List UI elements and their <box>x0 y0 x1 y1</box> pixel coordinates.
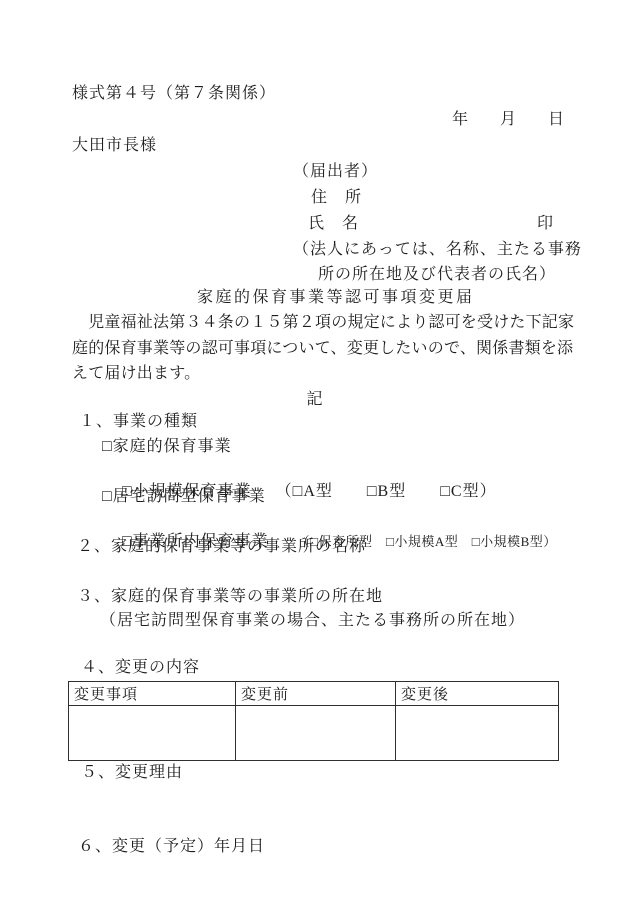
section-1-heading: １、事業の種類 <box>79 412 198 432</box>
addressee: 大田市長様 <box>72 136 157 156</box>
change-table-row <box>69 706 559 761</box>
date-line: 年 月 日 <box>452 110 564 130</box>
section-3-note: （居宅訪問型保育事業の場合、主たる事務所の所在地） <box>100 611 525 631</box>
declarant-seal-label: 印 <box>537 214 554 234</box>
section-5-heading: ５、変更理由 <box>81 763 183 783</box>
checkbox-option-home-visit: □居宅訪問型保育事業 <box>102 487 266 507</box>
document-title: 家庭的保育事業等認可事項変更届 <box>197 288 475 308</box>
document-page: 様式第４号（第７条関係） 年 月 日 大田市長様 （届出者） 住 所 氏 名 印… <box>0 0 630 915</box>
form-number: 様式第４号（第７条関係） <box>72 84 276 104</box>
corporate-note-line-2: 所の所在地及び代表者の氏名） <box>318 265 556 285</box>
change-table-header-after: 変更後 <box>396 682 559 706</box>
body-line-2: 庭的保育事業等の認可事項について、変更したいので、関係書類を添 <box>72 339 573 359</box>
change-table: 変更事項 変更前 変更後 <box>68 681 559 761</box>
change-table-cell-item <box>69 706 236 761</box>
record-marker: 記 <box>0 390 630 410</box>
section-6-heading: ６、変更（予定）年月日 <box>78 837 265 857</box>
body-line-1: 児童福祉法第３４条の１５第２項の規定により認可を受けた下記家 <box>72 313 574 333</box>
declarant-address-label: 住 所 <box>311 188 362 208</box>
corporate-note-line-1: （法人にあっては、名称、主たる事務 <box>293 240 582 260</box>
change-table-header-row: 変更事項 変更前 変更後 <box>69 682 559 706</box>
body-line-3: えて届け出ます。 <box>72 364 200 384</box>
change-table-cell-before <box>236 706 396 761</box>
checkbox-option-small-scale-types: （□A型 □B型 □C型） <box>276 483 497 500</box>
section-3-heading: ３、家庭的保育事業等の事業所の所在地 <box>77 587 383 607</box>
declarant-heading: （届出者） <box>293 162 378 182</box>
declarant-name-label: 氏 名 <box>308 214 359 234</box>
checkbox-option-family-daycare: □家庭的保育事業 <box>102 437 232 457</box>
section-2-heading: ２、家庭的保育事業等の事業所の名称 <box>77 537 366 557</box>
change-table-header-before: 変更前 <box>236 682 396 706</box>
section-4-heading: ４、変更の内容 <box>81 658 200 678</box>
change-table-cell-after <box>396 706 559 761</box>
change-table-header-item: 変更事項 <box>69 682 236 706</box>
